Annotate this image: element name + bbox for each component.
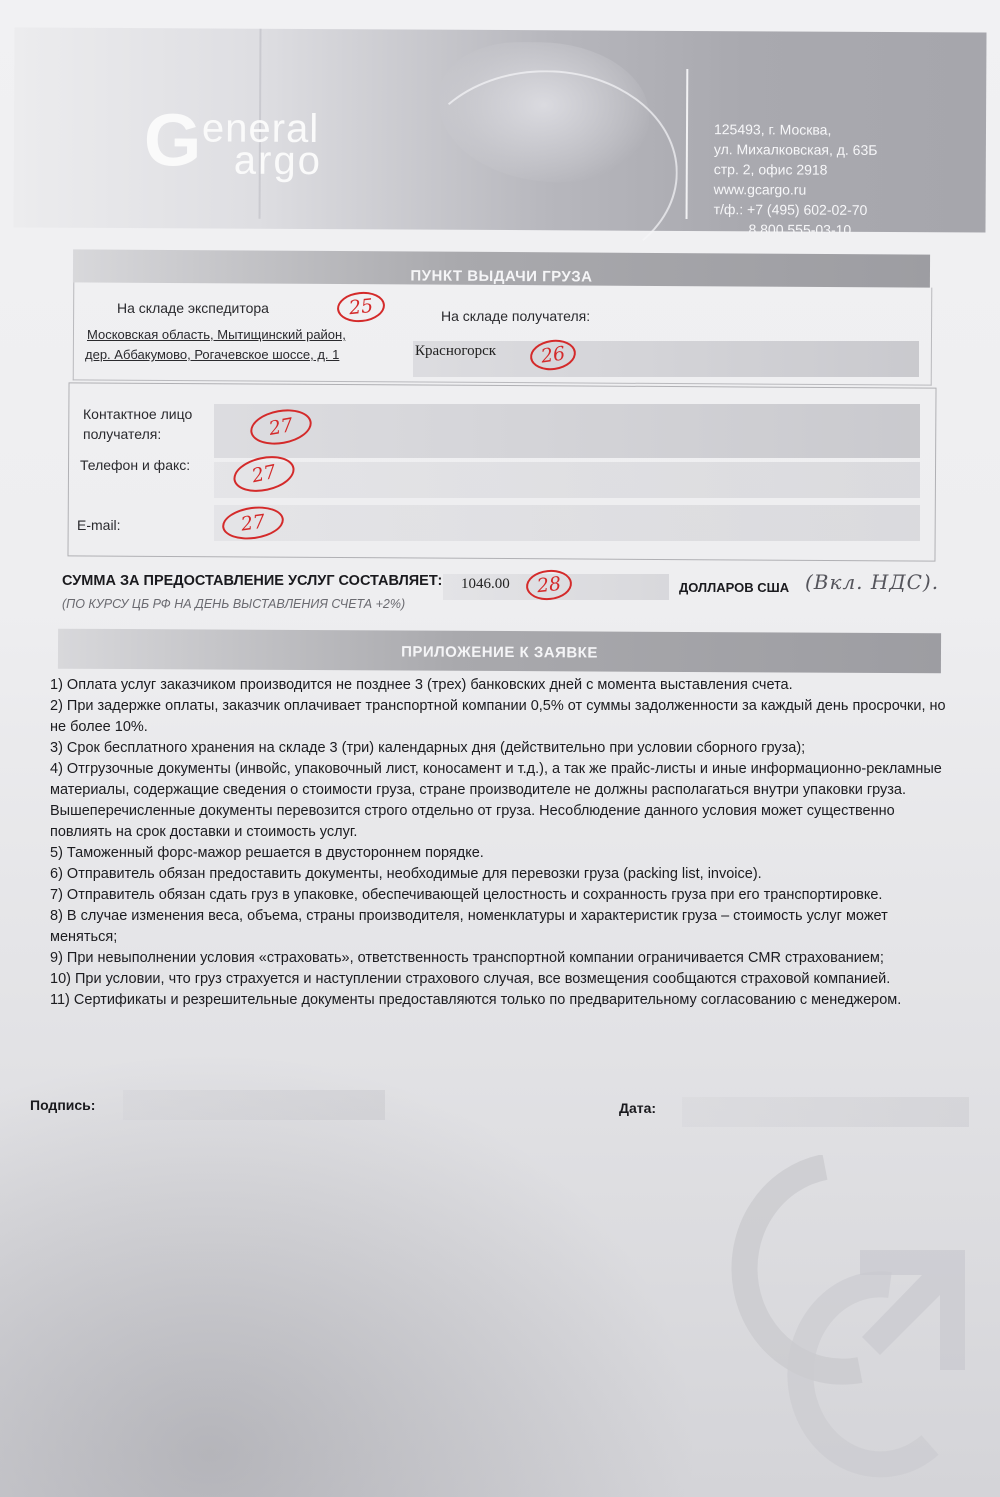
company-phone: т/ф.: +7 (495) 602-02-70 — [714, 199, 878, 220]
exchange-rate-note: (ПО КУРСУ ЦБ РФ НА ДЕНЬ ВЫСТАВЛЕНИЯ СЧЕТ… — [62, 597, 405, 611]
logo-mark-icon: G — [144, 103, 202, 177]
term-item: 8) В случае изменения веса, объема, стра… — [30, 906, 950, 948]
date-label: Дата: — [619, 1100, 656, 1116]
recipient-warehouse-value: Красногорск — [415, 343, 496, 360]
company-logo: G eneral argo — [144, 98, 405, 199]
forwarder-address-line-1: Московская область, Мытищинский район, — [87, 325, 346, 345]
forwarder-address-line-2: дер. Аббакумово, Рогачевское шоссе, д. 1 — [85, 345, 339, 365]
email-field[interactable] — [214, 505, 920, 541]
recipient-warehouse-label: На складе получателя: — [441, 308, 590, 324]
address-line: 125493, г. Москва, — [714, 119, 878, 140]
section-header-appendix: ПРИЛОЖЕНИЕ К ЗАЯВКЕ — [58, 629, 941, 674]
contact-person-field[interactable] — [214, 404, 920, 458]
address-line: ул. Михалковская, д. 63Б — [714, 139, 878, 160]
contact-person-label-line2: получателя: — [83, 424, 192, 444]
service-sum-label: СУММА ЗА ПРЕДОСТАВЛЕНИЕ УСЛУГ СОСТАВЛЯЕТ… — [62, 573, 442, 589]
term-item: 2) При задержке оплаты, заказчик оплачив… — [30, 696, 950, 738]
term-item: 10) При условии, что груз страхуется и н… — [30, 969, 950, 990]
term-item: 1) Оплата услуг заказчиком производится … — [30, 675, 950, 696]
route-arc-graphic — [413, 70, 678, 275]
term-item: 5) Таможенный форс-мажор решается в двус… — [30, 843, 950, 864]
service-sum-amount: 1046.00 — [461, 576, 510, 593]
company-website: www.gcargo.ru — [714, 179, 878, 200]
appendix-terms-list: 1) Оплата услуг заказчиком производится … — [30, 675, 950, 1011]
term-item: 4) Отгрузочные документы (инвойс, упаков… — [30, 759, 950, 843]
logo-word-cargo: argo — [234, 139, 322, 184]
currency-label: ДОЛЛАРОВ США — [679, 580, 789, 595]
term-item: 9) При невыполнении условия «страховать»… — [30, 948, 950, 969]
phone-fax-field[interactable] — [214, 462, 920, 498]
contact-person-label-line1: Контактное лицо — [83, 404, 192, 424]
phone-fax-label: Телефон и факс: — [80, 457, 190, 473]
company-address: 125493, г. Москва, ул. Михалковская, д. … — [713, 119, 877, 233]
banner-divider — [686, 69, 689, 219]
signature-label: Подпись: — [30, 1097, 95, 1113]
forwarder-warehouse-label: На складе экспедитора — [117, 300, 269, 316]
address-line: стр. 2, офис 2918 — [714, 159, 878, 180]
contact-person-label: Контактное лицо получателя: — [83, 404, 192, 444]
vat-handwritten-note: (Вкл. НДС). — [805, 570, 939, 594]
term-item: 11) Сертификаты и резрешительные докумен… — [30, 990, 950, 1011]
section-header-pickup: ПУНКТ ВЫДАЧИ ГРУЗА — [73, 249, 930, 287]
term-item: 6) Отправитель обязан предоставить докум… — [30, 864, 950, 885]
company-phone-tollfree: 8 800 555-03-10 — [713, 219, 877, 233]
watermark-logo-icon — [730, 1155, 1000, 1485]
term-item: 7) Отправитель обязан сдать груз в упако… — [30, 885, 950, 906]
date-field[interactable] — [682, 1097, 969, 1127]
signature-field[interactable] — [123, 1090, 385, 1120]
term-item: 3) Срок бесплатного хранения на складе 3… — [30, 738, 950, 759]
email-label: E-mail: — [77, 517, 121, 533]
letterhead-banner: G eneral argo 125493, г. Москва, ул. Мих… — [13, 27, 986, 232]
